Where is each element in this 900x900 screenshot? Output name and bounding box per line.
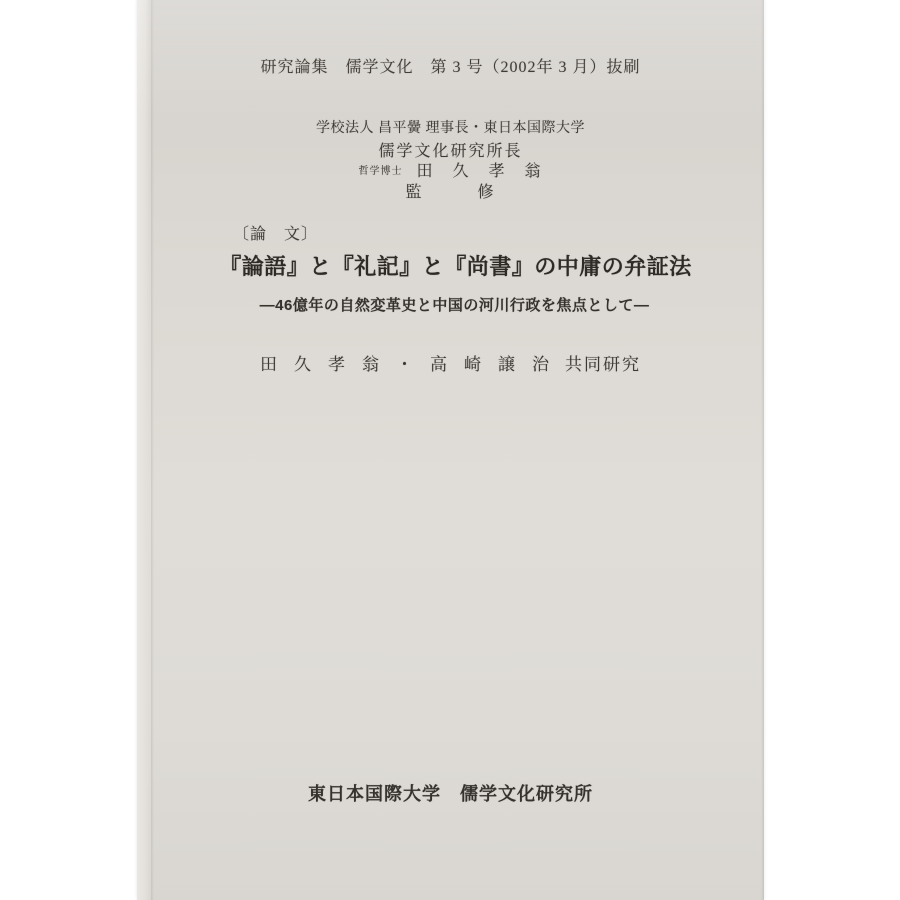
author-names: 田 久 孝 翁 ・ 高 崎 譲 治 xyxy=(260,355,549,374)
journal-issue-line: 研究論集 儒学文化 第 3 号（2002年 3 月）抜刷 xyxy=(137,58,764,77)
degree-label: 哲学博士 xyxy=(358,166,402,177)
article-category-label: 〔論 文〕 xyxy=(233,225,318,244)
article-subtitle: ―46億年の自然変革史と中国の河川行政を焦点として― xyxy=(145,297,764,315)
authors-line: 田 久 孝 翁 ・ 高 崎 譲 治共同研究 xyxy=(137,355,764,375)
supervisor-name: 田 久 孝 翁 xyxy=(416,163,542,180)
supervisor-line: 哲学博士田 久 孝 翁 xyxy=(137,162,764,181)
publisher-line: 東日本国際大学 儒学文化研究所 xyxy=(137,784,764,806)
booklet-cover: 研究論集 儒学文化 第 3 号（2002年 3 月）抜刷 学校法人 昌平黌 理事… xyxy=(137,0,764,900)
photo-background: 研究論集 儒学文化 第 3 号（2002年 3 月）抜刷 学校法人 昌平黌 理事… xyxy=(0,0,900,900)
joint-research-label: 共同研究 xyxy=(565,355,641,374)
director-title-line: 儒学文化研究所長 xyxy=(137,142,764,161)
supervision-label: 監 修 xyxy=(137,183,764,202)
institution-line: 学校法人 昌平黌 理事長・東日本国際大学 xyxy=(137,121,764,138)
article-title: 『論語』と『礼記』と『尚書』の中庸の弁証法 xyxy=(147,254,764,280)
